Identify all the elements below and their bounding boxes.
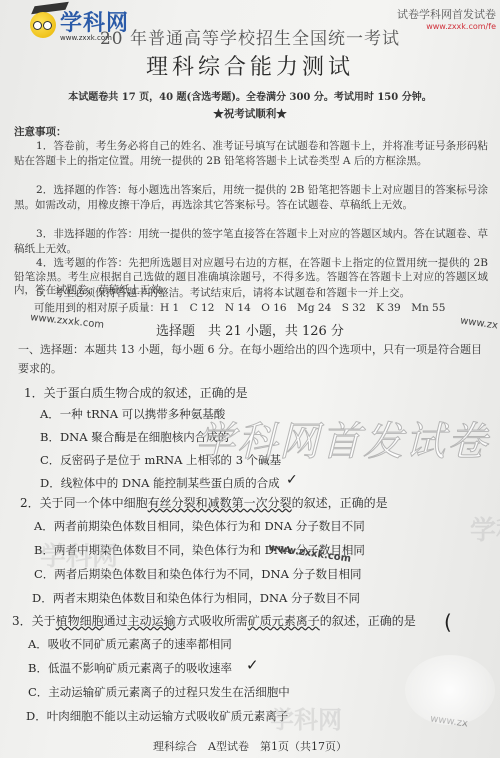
exam-title: 20 年普通高等学校招生全国统一考试: [0, 24, 500, 49]
handwritten-check-mark: ✓: [286, 472, 298, 488]
question-3-option-b: B．低温不影响矿质元素离子的吸收速率: [28, 660, 232, 676]
exam-page: 学科网 www.zxxk.com 试卷学科网首发试卷 www.zxxk.com/…: [0, 0, 500, 758]
page-footer: 理科综合 A型试卷 第1页（共17页）: [0, 738, 500, 754]
big-watermark: 学科网首发试卷: [195, 410, 489, 467]
question-3-stem-mid-2: 方式吸收所需: [176, 614, 248, 628]
question-3-underline-3: 矿质元素离子: [248, 614, 320, 628]
notice-item-2: 2．选择题的作答：每小题选出答案后，用统一提供的 2B 铅笔把答题卡上对应题目的…: [14, 183, 488, 212]
edge-logo-watermark: 学科网: [470, 510, 500, 547]
question-3-option-c: C．主动运输矿质元素离子的过程只发生在活细胞中: [28, 684, 290, 700]
notice-item-5: 5．考生必须保持答题卡的整洁。考试结束后，请将本试题卷和答题卡一并上交。: [14, 286, 488, 301]
question-2-option-d: D．两者末期染色体数目和染色体行为相同，DNA 分子数目不同: [32, 590, 360, 606]
section-title: 选择题 共 21 小题，共 126 分: [0, 320, 500, 339]
question-2-underlined: 有丝分裂和减数第一次分裂: [148, 496, 292, 510]
question-2-stem-post: 的叙述，正确的是: [292, 496, 388, 510]
question-3-underline-1: 植物细胞: [56, 614, 104, 628]
handwritten-bracket: (: [444, 610, 452, 634]
bottom-logo-watermark: 学科网: [270, 700, 342, 735]
section-instruction: 一、选择题：本题共 13 小题，每小题 6 分。在每小题给出的四个选项中，只有一…: [18, 340, 488, 378]
question-3-option-a: A．吸收不同矿质元素离子的速率都相同: [28, 636, 232, 652]
faint-logo-watermark: 学科网: [40, 536, 118, 573]
question-3-option-d: D．叶肉细胞不能以主动运输方式吸收矿质元素离子: [26, 708, 288, 724]
atomic-masses: 可能用到的相对原子质量：H 1 C 12 N 14 O 16 Mg 24 S 3…: [34, 300, 445, 315]
question-3-stem-post: 的叙述，正确的是: [320, 614, 416, 628]
watermark-title: 学科网首发试卷: [419, 8, 496, 21]
notice-item-1: 1．答卷前，考生务必将自己的姓名、准考证号填写在试题卷和答题卡上，并将准考证号条…: [14, 139, 488, 168]
exam-subject-title: 理科综合能力测试: [0, 50, 500, 81]
question-3-stem: 3．关于植物细胞通过主动运输方式吸收所需矿质元素离子的叙述，正确的是: [12, 612, 416, 629]
watermark-prefix: 试卷: [397, 8, 419, 21]
question-2-option-a: A．两者前期染色体数目相同，染色体行为和 DNA 分子数目不同: [34, 518, 365, 534]
notice-item-3: 3．非选择题的作答：用统一提供的签字笔直接答在答题卡上对应的答题区域内。答在试题…: [14, 227, 488, 256]
handwritten-check-mark-2: ✓: [246, 656, 259, 674]
question-1-option-d: D．线粒体中的 DNA 能控制某些蛋白质的合成: [40, 475, 280, 491]
exam-info: 本试题卷共 17 页，40 题(含选考题)。全卷满分 300 分。考试用时 15…: [0, 88, 500, 103]
good-luck-banner: ★祝考试顺利★: [0, 106, 500, 121]
question-3-stem-pre: 3．关于: [12, 614, 56, 628]
question-3-stem-mid-1: 通过: [104, 614, 128, 628]
question-1-stem: 1．关于蛋白质生物合成的叙述，正确的是: [24, 384, 248, 401]
paper-glare: [405, 655, 495, 725]
notice-heading: 注意事项：: [14, 124, 67, 139]
question-2-stem-pre: 2．关于同一个体中细胞: [20, 496, 148, 510]
question-2-stem: 2．关于同一个体中细胞有丝分裂和减数第一次分裂的叙述，正确的是: [20, 494, 388, 511]
question-3-underline-2: 主动运输: [128, 614, 176, 628]
